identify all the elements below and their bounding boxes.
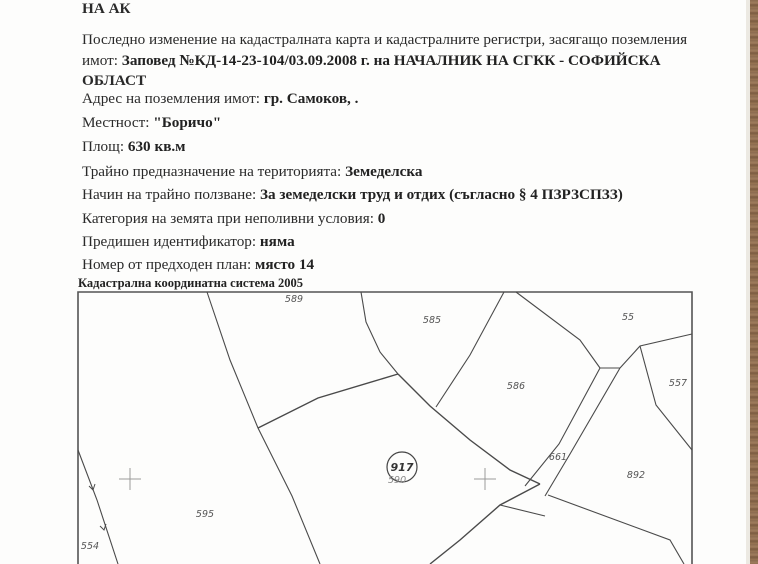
target-parcel-number: 917 [391, 461, 414, 474]
parcel-label: 557 [669, 378, 687, 389]
parcel-label: 586 [507, 381, 525, 392]
target-old-number: 590 [388, 475, 406, 486]
parcel-label: 661 [549, 452, 567, 463]
parcel-label: 892 [627, 470, 645, 481]
parcel-label: 589 [285, 294, 303, 305]
parcel-label: 585 [423, 315, 441, 326]
parcel-label: 595 [196, 509, 214, 520]
parcel-label: 554 [81, 541, 99, 552]
parcel-label: 55 [622, 312, 634, 323]
map-frame [78, 292, 692, 564]
cadastral-map: 917 590 58958555586557661892595554 [0, 0, 758, 564]
